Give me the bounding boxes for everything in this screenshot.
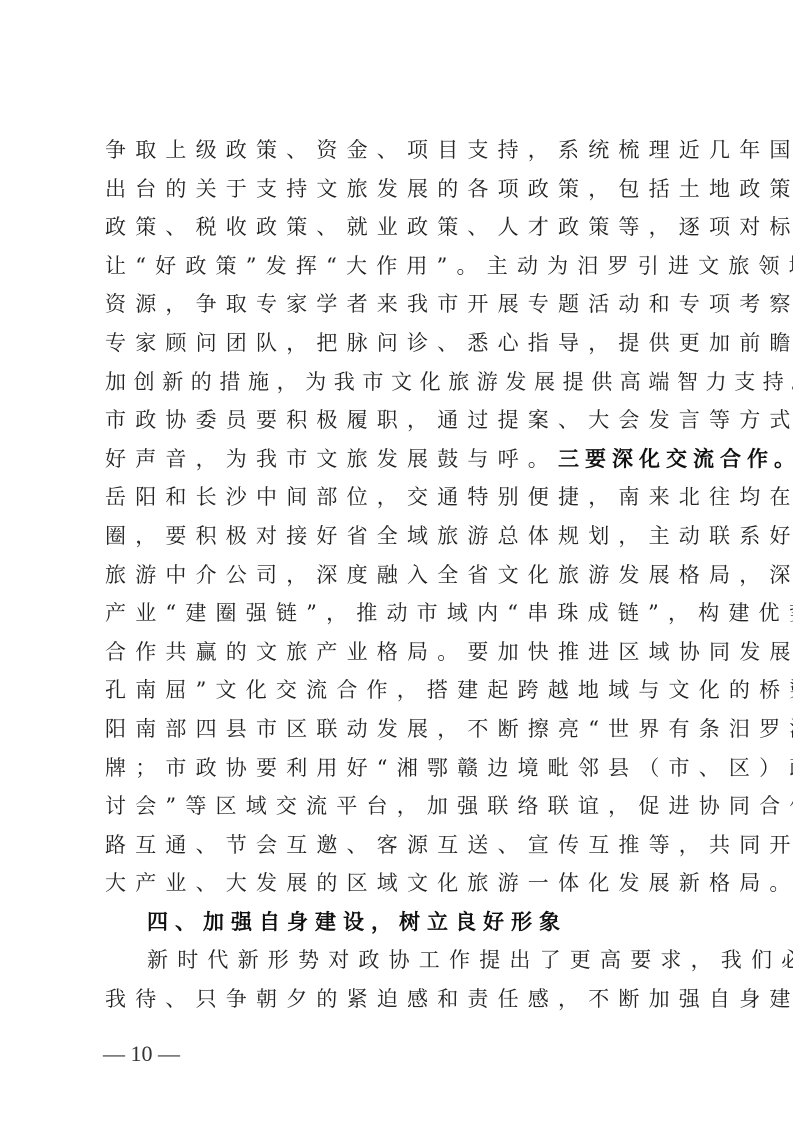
text-line: 合作共赢的文旅产业格局。要加快推进区域协同发展，深化“北 xyxy=(105,633,705,672)
text-line: 加创新的措施，为我市文化旅游发展提供高端智力支持。驻汨省、 xyxy=(105,363,705,402)
text-line: 讨会”等区域交流平台，加强联络联谊，促进协同合作，推动道 xyxy=(105,787,705,826)
text-line: 路互通、节会互邀、客源互送、宣传互推等，共同开辟大旅游、 xyxy=(105,826,705,865)
text-line: 市政协委员要积极履职，通过提案、大会发言等方式，主动传播 xyxy=(105,401,705,440)
text-line: 大产业、大发展的区域文化旅游一体化发展新格局。 xyxy=(105,864,705,903)
text-line: 岳阳和长沙中间部位，交通特别便捷，南来北往均在一小时交通 xyxy=(105,478,705,517)
text-line: 政策、税收政策、就业政策、人才政策等，逐项对标落实，真正 xyxy=(105,208,705,247)
text-line: 争取上级政策、资金、项目支持，系统梳理近几年国家和省、市 xyxy=(105,131,705,170)
bold-subheading: 三要深化交流合作。 xyxy=(558,447,793,471)
text-line-mixed: 好声音，为我市文旅发展鼓与呼。三要深化交流合作。汨罗处于 xyxy=(105,440,705,479)
document-page: 争取上级政策、资金、项目支持，系统梳理近几年国家和省、市 出台的关于支持文旅发展… xyxy=(0,0,793,1122)
text-line: 产业“建圈强链”，推动市域内“串珠成链”，构建优势互补、 xyxy=(105,594,705,633)
text-line: 阳南部四县市区联动发展，不断擦亮“世界有条汨罗江”文旅品 xyxy=(105,710,705,749)
text-line: 资源，争取专家学者来我市开展专题活动和专项考察调研，组建 xyxy=(105,285,705,324)
text-line: 牌；市政协要利用好“湘鄂赣边境毗邻县（市、区）政协工作研 xyxy=(105,749,705,788)
text-line: 出台的关于支持文旅发展的各项政策，包括土地政策、金融财政 xyxy=(105,170,705,209)
text-line: 我待、只争朝夕的紧迫感和责任感，不断加强自身建设，全面提 xyxy=(105,980,705,1019)
text-run: 好声音，为我市文旅发展鼓与呼。 xyxy=(105,447,558,471)
text-line: 专家顾问团队，把脉问诊、悉心指导，提供更加前瞻的思路、更 xyxy=(105,324,705,363)
page-number: — 10 — xyxy=(103,1041,180,1067)
text-line: 圈，要积极对接好省全域旅游总体规划，主动联系好省域内知名 xyxy=(105,517,705,556)
section-heading: 四、加强自身建设，树立良好形象 xyxy=(105,903,705,942)
text-line: 旅游中介公司，深度融入全省文化旅游发展格局，深入推进文旅 xyxy=(105,556,705,595)
text-line: 孔南屈”文化交流合作，搭建起跨越地域与文化的桥梁；加强岳 xyxy=(105,671,705,710)
text-line: 让“好政策”发挥“大作用”。主动为汨罗引进文旅领域的专业 xyxy=(105,247,705,286)
body-text: 争取上级政策、资金、项目支持，系统梳理近几年国家和省、市 出台的关于支持文旅发展… xyxy=(105,131,705,1019)
paragraph-first-line: 新时代新形势对政协工作提出了更高要求，我们必须以时不 xyxy=(105,941,705,980)
